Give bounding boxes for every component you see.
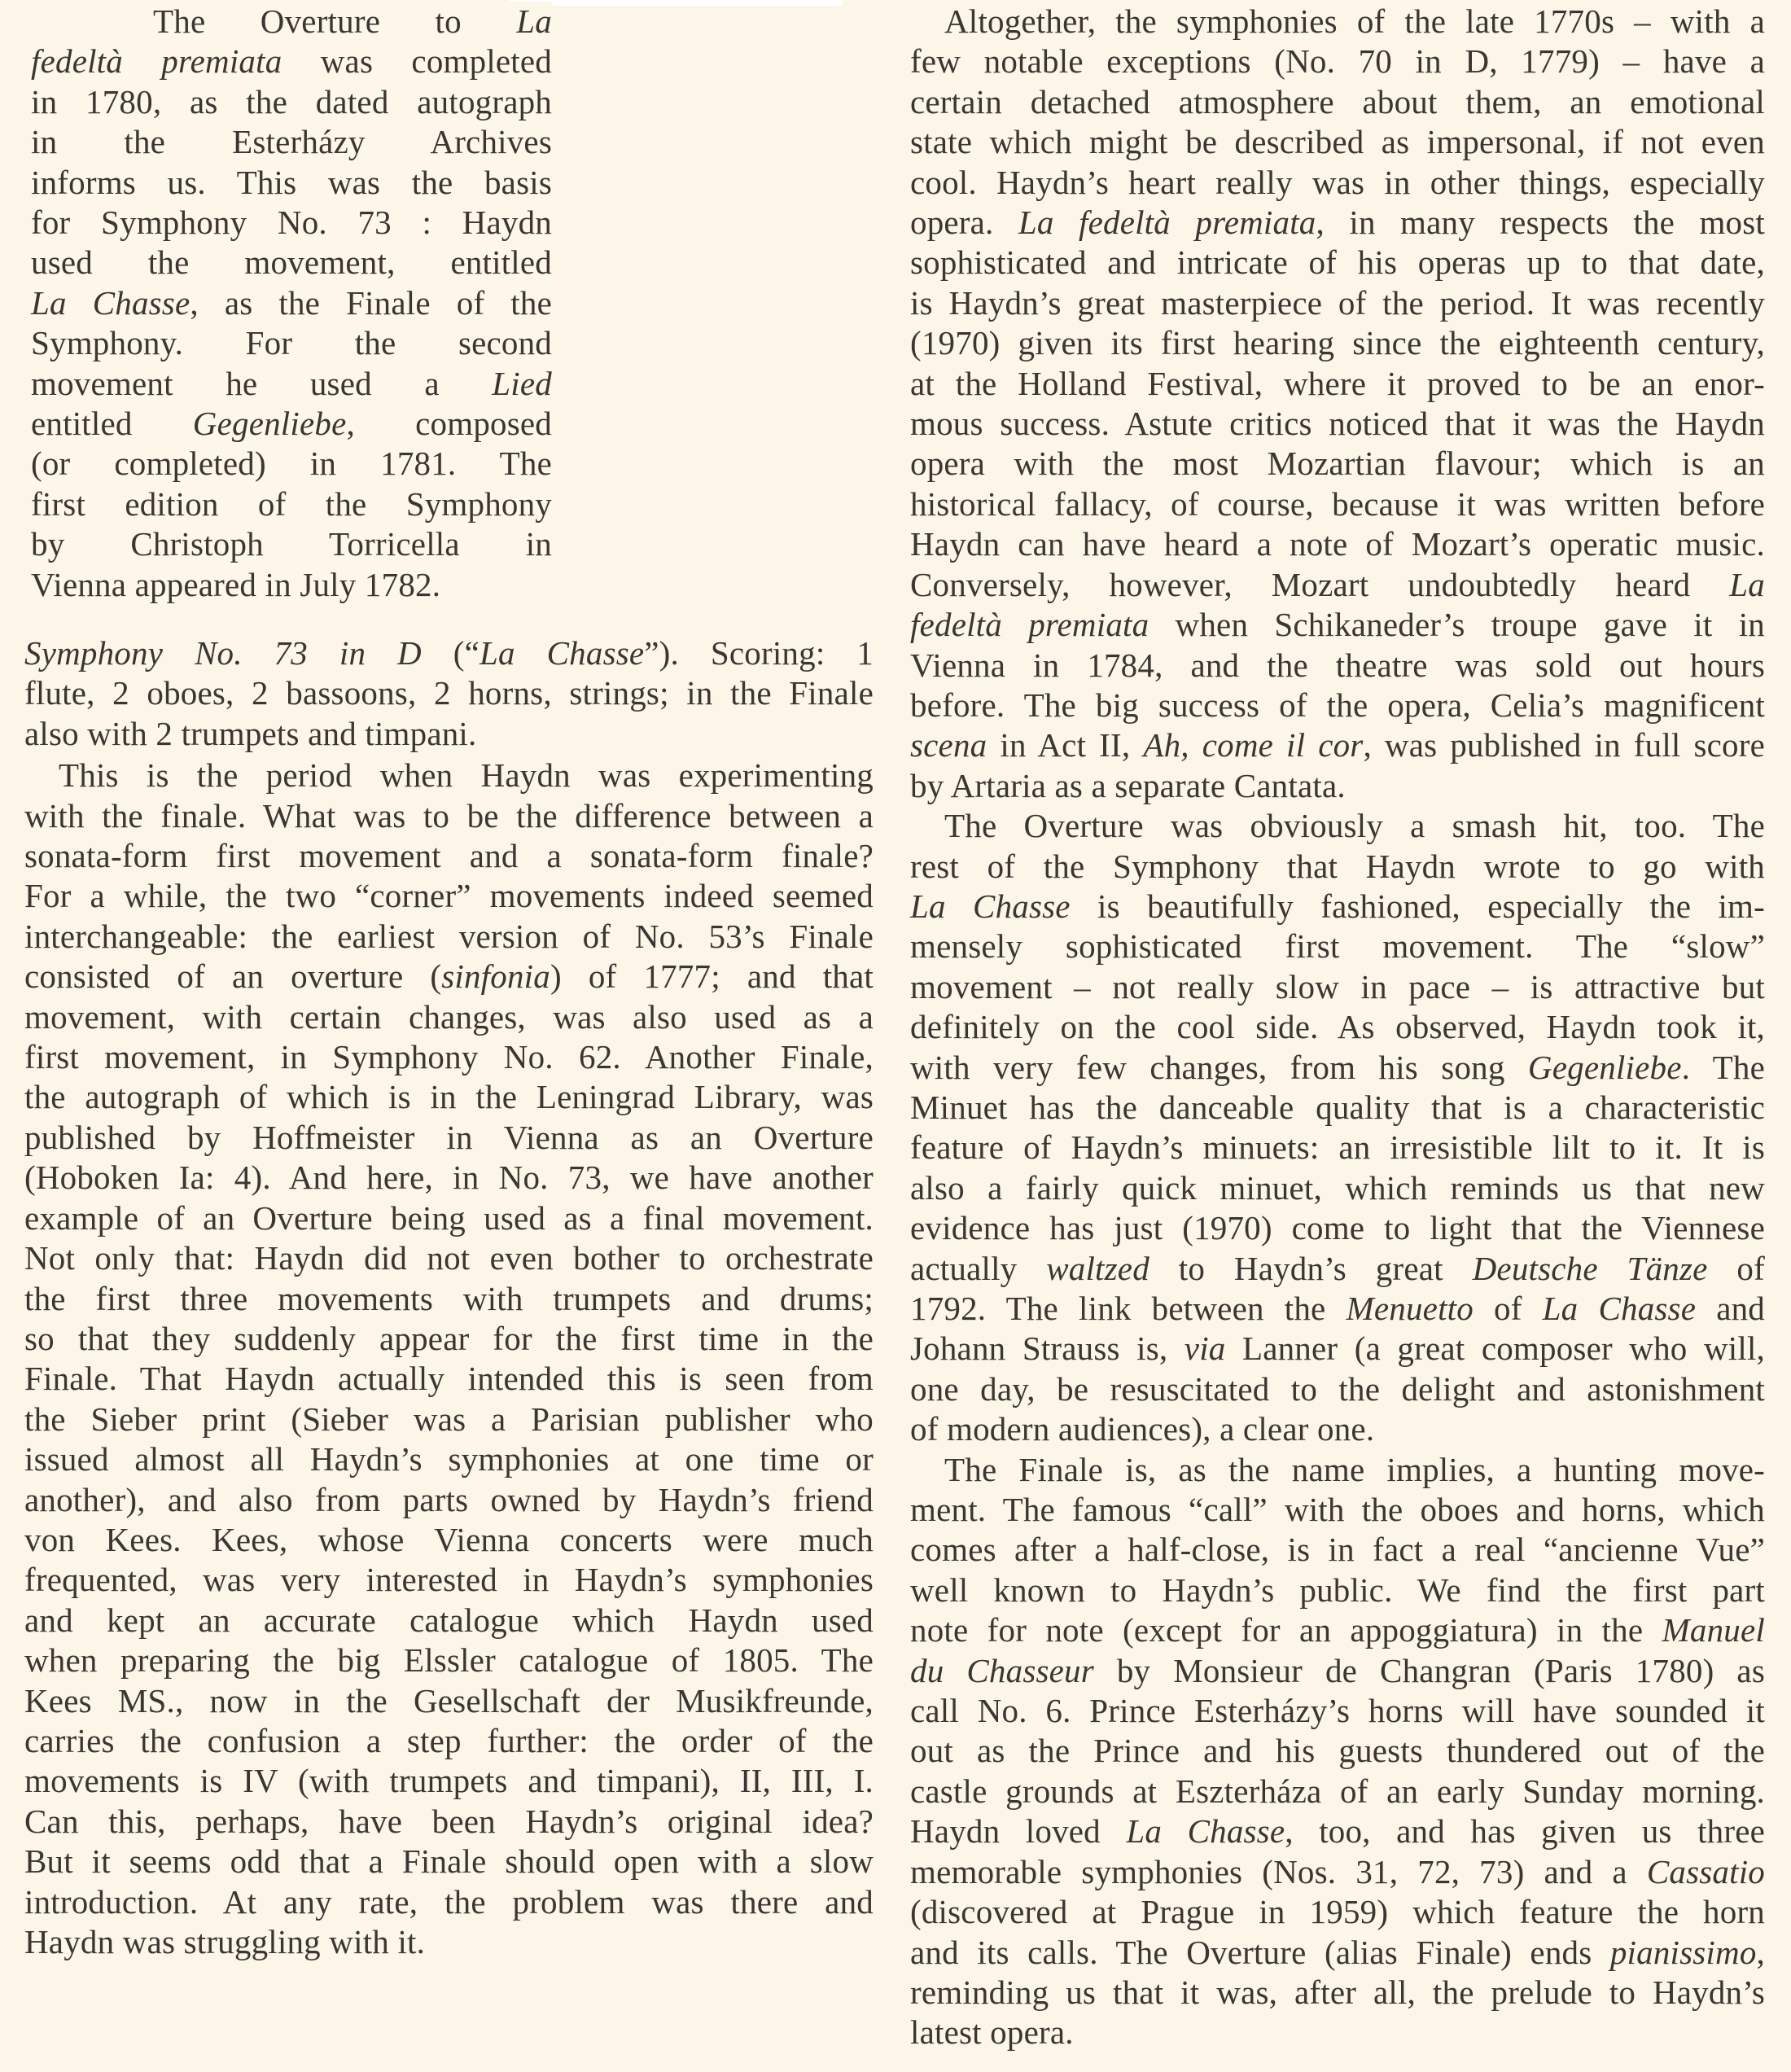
text-line: one day, be resuscitated to the delight … [910, 1369, 1765, 1409]
text-line: the first three movements with trumpets … [24, 1279, 874, 1319]
italic-title: sinfonia [441, 957, 550, 995]
text-line: (discovered at Prague in 1959) which fea… [910, 1892, 1765, 1932]
text-line: For a while, the two “corner” movements … [24, 876, 874, 916]
text-line: used the movement, entitled [31, 243, 552, 283]
text-line: Haydn can have heard a note of Mozart’s … [910, 524, 1765, 564]
paragraph: The Finale is, as the name implies, a hu… [910, 1450, 1765, 2053]
text-line: at the Holland Festival, where it proved… [910, 364, 1765, 404]
italic-title: Manuel [1662, 1611, 1765, 1649]
italic-title: fedeltà premiata [31, 42, 282, 80]
italic-title: La Chasse [479, 634, 644, 672]
italic-title: Lied [492, 365, 552, 402]
text-line: entitled Gegenliebe, composed [31, 404, 552, 444]
text-line: Vienna in 1784, and the theatre was sold… [910, 646, 1765, 686]
italic-title: Symphony No. 73 in D [24, 634, 422, 672]
text-line: (1970) given its first hearing since the… [910, 323, 1765, 363]
text-line: note for note (except for an appoggiatur… [910, 1610, 1765, 1650]
text-line: and its calls. The Overture (alias Final… [910, 1933, 1765, 1973]
text-line: certain detached atmosphere about them, … [910, 82, 1765, 122]
text-line: reminding us that it was, after all, the… [910, 1973, 1765, 2013]
italic-title: La Chasse [1126, 1812, 1285, 1850]
text-line: scena in Act II, Ah, come il cor, was pu… [910, 725, 1765, 765]
text-line: in the Esterházy Archives [31, 122, 552, 162]
scan-edge-strip [509, 0, 843, 6]
text-line: memorable symphonies (Nos. 31, 72, 73) a… [910, 1852, 1765, 1892]
text-line: opera with the most Mozartian flavour; w… [910, 444, 1765, 484]
text-line: movement – not really slow in pace – is … [910, 967, 1765, 1007]
italic-title: Ah, come il cor [1143, 726, 1363, 764]
text-line: first movement, in Symphony No. 62. Anot… [24, 1037, 874, 1077]
text-line: du Chasseur by Monsieur de Changran (Par… [910, 1651, 1765, 1691]
italic-title: du Chasseur [910, 1652, 1094, 1689]
text-line: castle grounds at Eszterháza of an early… [910, 1772, 1765, 1811]
left-column-text: Symphony No. 73 in D (“La Chasse”). Scor… [24, 633, 874, 1962]
italic-title: waltzed [1046, 1250, 1149, 1287]
text-line: the Sieber print (Sieber was a Parisian … [24, 1400, 874, 1439]
text-line: sophisticated and intricate of his opera… [910, 243, 1765, 283]
italic-title: La fedeltà premiata [1018, 204, 1316, 241]
text-line: This is the period when Haydn was experi… [24, 756, 874, 795]
text-line: The Overture was obviously a smash hit, … [910, 806, 1765, 846]
text-line: But it seems odd that a Finale should op… [24, 1842, 874, 1881]
italic-title: Gegenliebe [193, 405, 347, 442]
text-line: Haydn loved La Chasse, too, and has give… [910, 1811, 1765, 1851]
text-line: historical fallacy, of course, because i… [910, 484, 1765, 524]
text-line: before. The big success of the opera, Ce… [910, 686, 1765, 725]
text-line: von Kees. Kees, whose Vienna concerts we… [24, 1520, 874, 1560]
text-line: (or completed) in 1781. The [31, 444, 552, 484]
text-line: La Chasse is beautifully fashioned, espe… [910, 887, 1765, 926]
italic-title: Cassatio [1647, 1853, 1765, 1890]
text-line: sonata-form first movement and a sonata-… [24, 836, 874, 876]
text-line: interchangeable: the earliest version of… [24, 917, 874, 957]
text-line: for Symphony No. 73 : Haydn [31, 203, 552, 243]
text-line: also with 2 trumpets and timpani. [24, 714, 874, 754]
text-line: opera. La fedeltà premiata, in many resp… [910, 203, 1765, 243]
text-line: movements is IV (with trumpets and timpa… [24, 1761, 874, 1801]
text-line: rest of the Symphony that Haydn wrote to… [910, 847, 1765, 887]
text-line: ment. The famous “call” with the oboes a… [910, 1490, 1765, 1530]
italic-title: La Chasse [31, 284, 190, 322]
text-line: Kees MS., now in the Gesellschaft der Mu… [24, 1681, 874, 1721]
paragraph: Altogether, the symphonies of the late 1… [910, 2, 1765, 806]
text-line: Finale. That Haydn actually intended thi… [24, 1359, 874, 1399]
text-line: so that they suddenly appear for the fir… [24, 1319, 874, 1359]
text-line: example of an Overture being used as a f… [24, 1198, 874, 1238]
text-line: call No. 6. Prince Esterházy’s horns wil… [910, 1691, 1765, 1731]
italic-title: pianissimo [1610, 1934, 1757, 1971]
text-line: Symphony No. 73 in D (“La Chasse”). Scor… [24, 633, 874, 673]
text-line: evidence has just (1970) come to light t… [910, 1208, 1765, 1248]
text-line: actually waltzed to Haydn’s great Deutsc… [910, 1249, 1765, 1289]
left-body-paragraph: This is the period when Haydn was experi… [24, 756, 874, 1962]
text-line: with very few changes, from his song Geg… [910, 1048, 1765, 1088]
text-line: Johann Strauss is, via Lanner (a great c… [910, 1329, 1765, 1369]
text-line: informs us. This was the basis [31, 163, 552, 203]
text-line: when preparing the big Elssler catalogue… [24, 1641, 874, 1680]
text-line: few notable exceptions (No. 70 in D, 177… [910, 42, 1765, 81]
text-line: definitely on the cool side. As observed… [910, 1007, 1765, 1047]
text-line: The Finale is, as the name implies, a hu… [910, 1450, 1765, 1490]
text-line: also a fairly quick minuet, which remind… [910, 1168, 1765, 1208]
text-line: issued almost all Haydn’s symphonies at … [24, 1439, 874, 1479]
text-line: state which might be described as impers… [910, 122, 1765, 162]
text-line: frequented, was very interested in Haydn… [24, 1560, 874, 1600]
text-line: Minuet has the danceable quality that is… [910, 1088, 1765, 1128]
text-line: mensely sophisticated first movement. Th… [910, 926, 1765, 966]
text-line: is Haydn’s great masterpiece of the peri… [910, 283, 1765, 323]
scoring-paragraph: Symphony No. 73 in D (“La Chasse”). Scor… [24, 633, 874, 754]
italic-title: Gegenliebe [1528, 1049, 1682, 1086]
text-line: well known to Haydn’s public. We find th… [910, 1570, 1765, 1610]
text-line: out as the Prince and his guests thunder… [910, 1731, 1765, 1771]
right-column-text: Altogether, the symphonies of the late 1… [910, 2, 1765, 2053]
text-line: in 1780, as the dated autograph [31, 82, 552, 122]
text-line: by Christoph Torricella in [31, 524, 552, 564]
text-line: The Overture to La [31, 2, 552, 42]
text-line: with the finale. What was to be the diff… [24, 796, 874, 836]
text-line: movement, with certain changes, was also… [24, 997, 874, 1037]
text-line: fedeltà premiata when Schikaneder’s trou… [910, 605, 1765, 645]
text-line: Altogether, the symphonies of the late 1… [910, 2, 1765, 42]
text-line: of modern audiences), a clear one. [910, 1409, 1765, 1449]
text-line: Vienna appeared in July 1782. [31, 565, 552, 605]
text-line: published by Hoffmeister in Vienna as an… [24, 1118, 874, 1158]
text-line: consisted of an overture (sinfonia) of 1… [24, 957, 874, 997]
text-line: by Artaria as a separate Cantata. [910, 766, 1765, 806]
text-line: comes after a half-close, is in fact a r… [910, 1530, 1765, 1570]
text-line: fedeltà premiata was completed [31, 42, 552, 81]
text-line: feature of Haydn’s minuets: an irresisti… [910, 1128, 1765, 1167]
text-line: cool. Haydn’s heart really was in other … [910, 163, 1765, 203]
text-line: latest opera. [910, 2013, 1765, 2052]
text-line: (Hoboken Ia: 4). And here, in No. 73, we… [24, 1158, 874, 1198]
text-line: another), and also from parts owned by H… [24, 1480, 874, 1520]
intro-note-block: The Overture to Lafedeltà premiata was c… [31, 2, 552, 605]
text-line: first edition of the Symphony [31, 484, 552, 524]
italic-title: La Chasse [910, 887, 1071, 925]
italic-title: La [1729, 566, 1765, 603]
text-line: movement he used a Lied [31, 364, 552, 404]
text-line: 1792. The link between the Menuetto of L… [910, 1289, 1765, 1329]
italic-title: La [516, 2, 552, 40]
text-line: mous success. Astute critics noticed tha… [910, 404, 1765, 444]
text-line: Can this, perhaps, have been Haydn’s ori… [24, 1802, 874, 1842]
text-line: Haydn was struggling with it. [24, 1922, 874, 1962]
text-line: Not only that: Haydn did not even bother… [24, 1238, 874, 1278]
italic-title: scena [910, 726, 987, 764]
text-line: introduction. At any rate, the problem w… [24, 1882, 874, 1922]
text-line: and kept an accurate catalogue which Hay… [24, 1601, 874, 1641]
text-line: the autograph of which is in the Leningr… [24, 1077, 874, 1117]
text-line: Conversely, however, Mozart undoubtedly … [910, 565, 1765, 605]
text-line: flute, 2 oboes, 2 bassoons, 2 horns, str… [24, 673, 874, 713]
italic-title: via [1185, 1329, 1226, 1367]
text-line: Symphony. For the second [31, 323, 552, 363]
italic-title: fedeltà premiata [910, 606, 1149, 643]
text-line: La Chasse, as the Finale of the [31, 283, 552, 323]
text-line: carries the confusion a step further: th… [24, 1721, 874, 1761]
italic-title: Deutsche Tänze [1473, 1250, 1708, 1287]
italic-title: La Chasse [1543, 1290, 1696, 1327]
paragraph: The Overture was obviously a smash hit, … [910, 806, 1765, 1450]
italic-title: Menuetto [1347, 1290, 1474, 1327]
